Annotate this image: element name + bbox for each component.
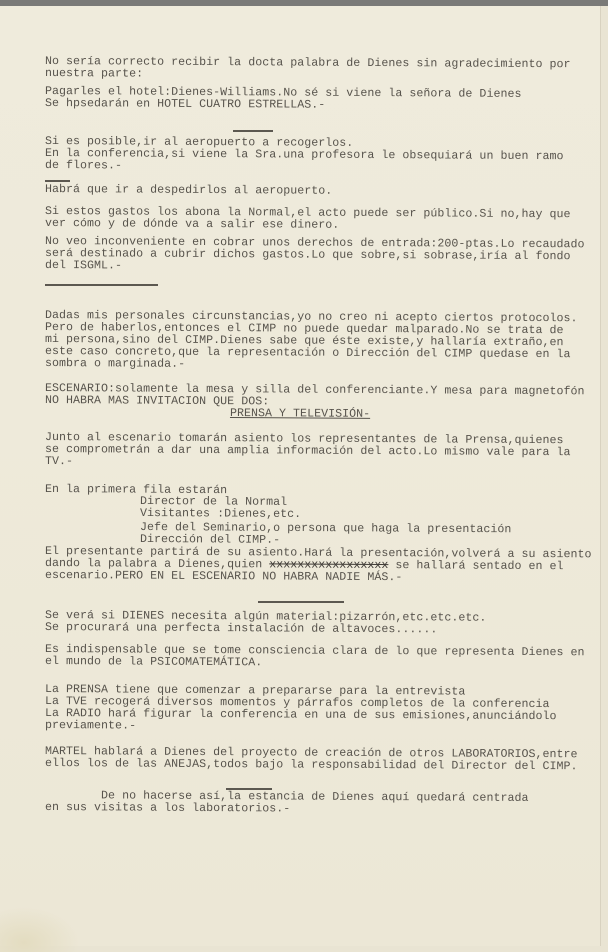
list-item: Visitantes :Dienes,etc. <box>140 508 301 521</box>
text-line: en sus visitas a los laboratorios.- <box>45 802 290 815</box>
text-line: Se procurará una perfecta instalación de… <box>45 622 437 636</box>
text-line: sombra o marginada.- <box>45 358 185 371</box>
text-line: nuestra parte: <box>45 68 143 81</box>
divider-rule <box>233 130 273 132</box>
paper-stain <box>0 906 80 952</box>
text-line: previamente.- <box>45 720 136 733</box>
divider-rule <box>45 284 158 286</box>
text-line: de flores.- <box>45 160 122 172</box>
text-line: TV.- <box>45 456 73 468</box>
text-line: ver cómo y de dónde va a salir ese diner… <box>45 218 339 232</box>
divider-rule <box>45 180 70 182</box>
divider-rule <box>258 601 344 603</box>
text-line: el mundo de la PSICOMATEMÁTICA. <box>45 656 262 669</box>
section-heading: PRENSA Y TELEVISIÓN- <box>230 408 370 421</box>
text-line: Se hpsedarán en HOTEL CUATRO ESTRELLAS.- <box>45 98 325 112</box>
text-fragment: se hallará sentado en el <box>388 559 563 573</box>
text-line: Habrá que ir a despedirlos al aeropuerto… <box>45 184 332 198</box>
text-line: escenario.PERO EN EL ESCENARIO NO HABRA … <box>45 570 402 584</box>
text-line: del ISGML.- <box>45 260 122 272</box>
